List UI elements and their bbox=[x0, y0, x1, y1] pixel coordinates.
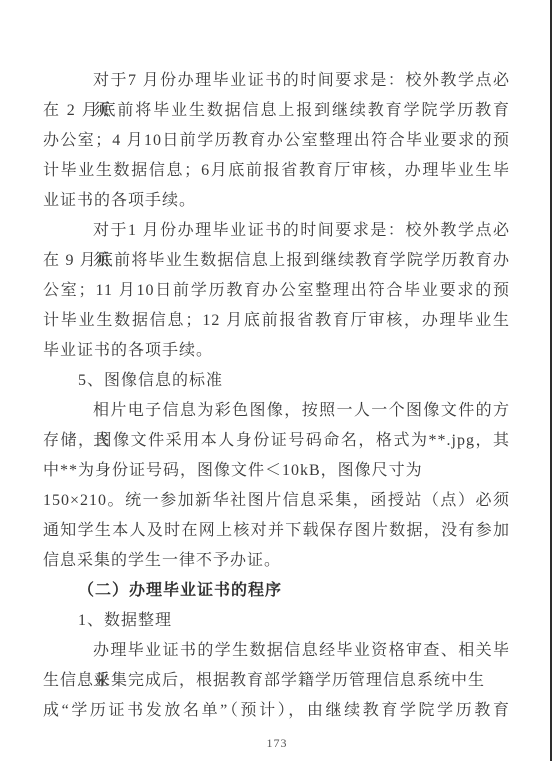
text-line: 办公室；4 月10日前学历教育办公室整理出符合毕业要求的预 bbox=[43, 126, 510, 156]
text-line: 150×210。统一参加新华社图片信息采集，函授站（点）必须 bbox=[43, 486, 510, 516]
text-line: 成“学历证书发放名单”（预计），由继续教育学院学历教育 bbox=[43, 696, 510, 726]
page-number: 173 bbox=[0, 736, 554, 751]
text-line: 通知学生本人及时在网上核对并下载保存图片数据，没有参加 bbox=[43, 516, 510, 546]
text-line: 公室；11 月10日前学历教育办公室整理出符合毕业要求的预 bbox=[43, 276, 510, 306]
text-line: 业证书的各项手续。 bbox=[43, 186, 510, 216]
para-data-sorting: 办理毕业证书的学生数据信息经毕业资格审查、相关毕业生信息采集完成后，根据教育部学… bbox=[43, 636, 510, 726]
item-1-data-sorting: 1、数据整理 bbox=[43, 606, 510, 636]
para-january-deadline: 对于1 月份办理毕业证书的时间要求是：校外教学点必须在 9 月底前将毕业生数据信… bbox=[43, 216, 510, 366]
text-line: 毕业证书的各项手续。 bbox=[43, 336, 510, 366]
para-photo-requirements: 相片电子信息为彩色图像，按照一人一个图像文件的方式存储，图像文件采用本人身份证号… bbox=[43, 396, 510, 576]
text-line: 1、数据整理 bbox=[43, 606, 510, 636]
text-line: 对于7 月份办理毕业证书的时间要求是：校外教学点必须 bbox=[43, 66, 510, 96]
para-july-deadline: 对于7 月份办理毕业证书的时间要求是：校外教学点必须在 2 月底前将毕业生数据信… bbox=[43, 66, 510, 216]
text-block: 对于7 月份办理毕业证书的时间要求是：校外教学点必须在 2 月底前将毕业生数据信… bbox=[43, 66, 510, 726]
text-line: 信息采集的学生一律不予办证。 bbox=[43, 546, 510, 576]
scan-edge-line bbox=[550, 0, 552, 761]
text-line: 在 2 月底前将毕业生数据信息上报到继续教育学院学历教育 bbox=[43, 96, 510, 126]
text-line: 相片电子信息为彩色图像，按照一人一个图像文件的方式 bbox=[43, 396, 510, 426]
item-5-image-standard: 5、图像信息的标准 bbox=[43, 366, 510, 396]
text-line: 5、图像信息的标准 bbox=[43, 366, 510, 396]
text-line: 生信息采集完成后，根据教育部学籍学历管理信息系统中生 bbox=[43, 666, 510, 696]
text-line: 在 9 月底前将毕业生数据信息上报到继续教育学院学历教育办 bbox=[43, 246, 510, 276]
text-line: 对于1 月份办理毕业证书的时间要求是：校外教学点必须 bbox=[43, 216, 510, 246]
text-line: （二）办理毕业证书的程序 bbox=[43, 576, 510, 606]
text-line: 存储，图像文件采用本人身份证号码命名，格式为**.jpg，其 bbox=[43, 426, 510, 456]
text-line: 中**为身份证号码，图像文件＜10kB，图像尺寸为 bbox=[43, 456, 510, 486]
document-page: 对于7 月份办理毕业证书的时间要求是：校外教学点必须在 2 月底前将毕业生数据信… bbox=[0, 0, 554, 783]
text-line: 计毕业生数据信息；12 月底前报省教育厅审核，办理毕业生 bbox=[43, 306, 510, 336]
text-line: 计毕业生数据信息；6月底前报省教育厅审核，办理毕业生毕 bbox=[43, 156, 510, 186]
text-line: 办理毕业证书的学生数据信息经毕业资格审查、相关毕业 bbox=[43, 636, 510, 666]
heading-certificate-procedure: （二）办理毕业证书的程序 bbox=[43, 576, 510, 606]
